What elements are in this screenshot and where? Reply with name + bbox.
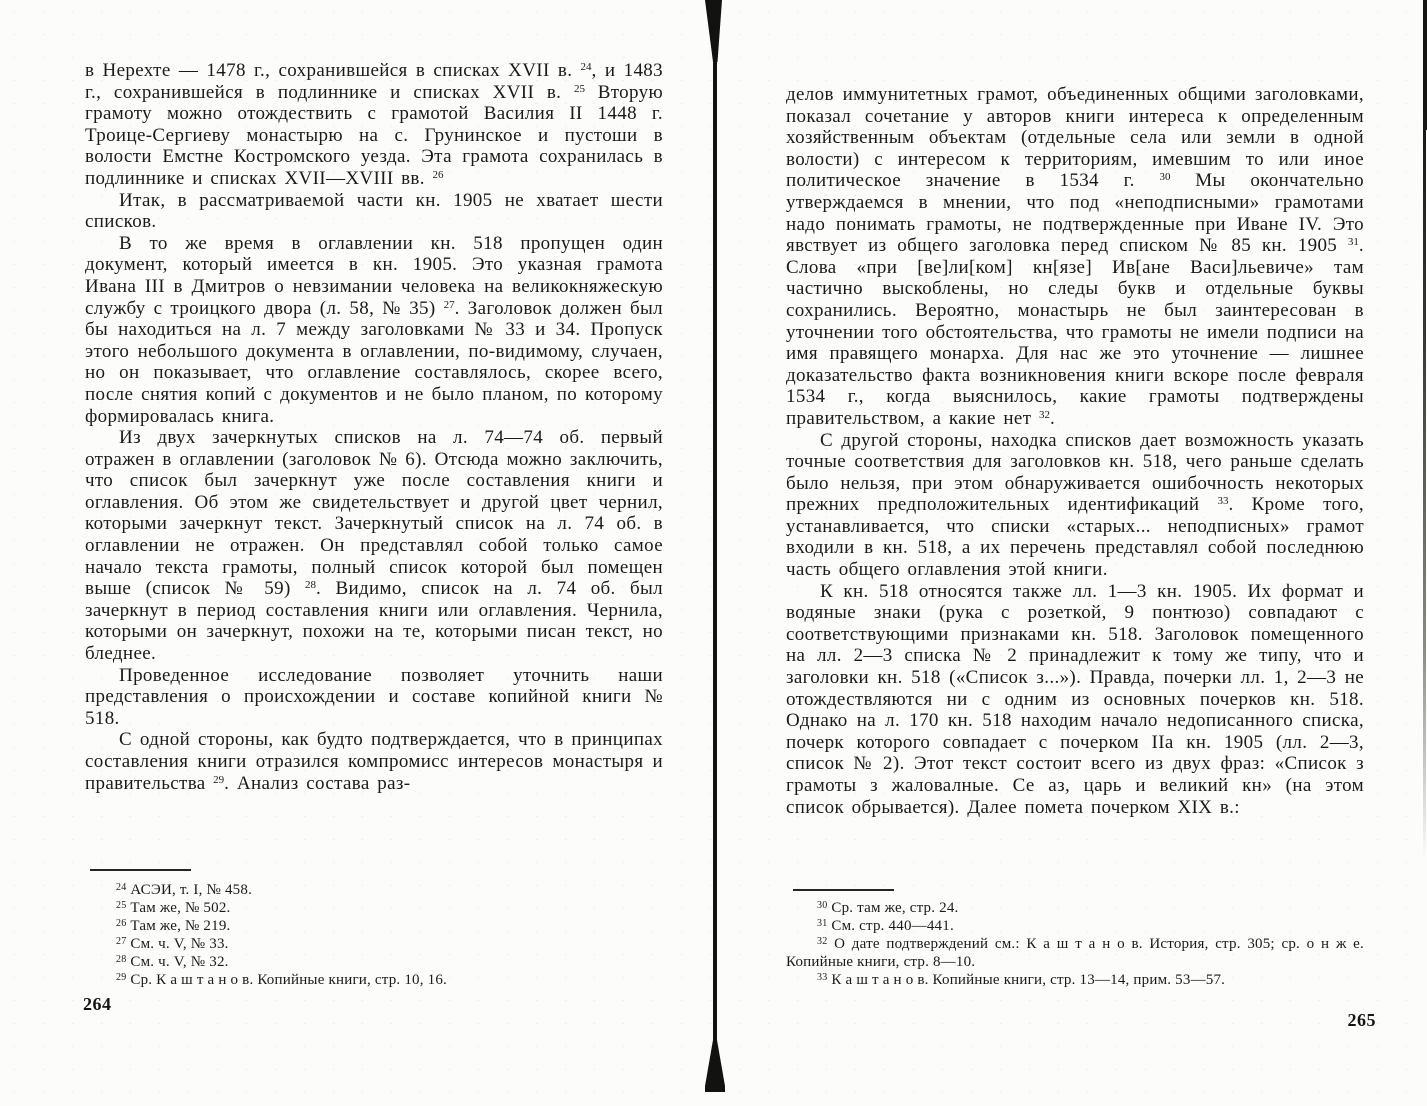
paragraph: Итак, в рассматриваемой части кн. 1905 н… xyxy=(85,190,663,233)
footnote-text: См. ч. V, № 32. xyxy=(130,954,228,970)
paragraph: в Нерехте — 1478 г., сохранившейся в спи… xyxy=(85,60,663,190)
footnote-number: 31 xyxy=(817,918,827,929)
footnote-text: Ср. там же, стр. 24. xyxy=(831,900,958,916)
footnote-text: См. ч. V, № 33. xyxy=(130,936,228,952)
footnote-text: О дате подтверждений см.: К а ш т а н о … xyxy=(786,936,1364,970)
footnote-separator-right xyxy=(793,889,894,891)
footnote-text: Там же, № 502. xyxy=(130,900,230,916)
footnote-number: 25 xyxy=(116,900,126,911)
binding-gutter-shadow xyxy=(698,0,734,1106)
footnote-text: АСЭИ, т. I, № 458. xyxy=(130,882,252,898)
footnote-text: См. стр. 440—441. xyxy=(831,918,954,934)
footnote: 28 См. ч. V, № 32. xyxy=(85,953,663,971)
footnote: 26 Там же, № 219. xyxy=(85,917,663,935)
scan-page-edge-fade xyxy=(1423,0,1426,860)
footnote-number: 32 xyxy=(817,936,827,947)
footnotes-right: 30 Ср. там же, стр. 24. 31 См. стр. 440—… xyxy=(786,899,1364,989)
footnote: 33 К а ш т а н о в. Копийные книги, стр.… xyxy=(786,971,1364,989)
footnote-number: 28 xyxy=(116,954,126,965)
footnote-separator-left xyxy=(90,869,191,871)
paragraph: К кн. 518 относятся также лл. 1—3 кн. 19… xyxy=(786,581,1364,819)
page-left-body: в Нерехте — 1478 г., сохранившейся в спи… xyxy=(85,60,663,794)
page-number-left: 264 xyxy=(83,994,112,1015)
footnote: 30 Ср. там же, стр. 24. xyxy=(786,899,1364,917)
paragraph: С другой стороны, находка списков дает в… xyxy=(786,430,1364,581)
footnote: 27 См. ч. V, № 33. xyxy=(85,935,663,953)
paragraph: С одной стороны, как будто подтверждаетс… xyxy=(85,729,663,794)
paragraph: Проведенное исследование позволяет уточн… xyxy=(85,665,663,730)
page-number-right: 265 xyxy=(1334,1010,1376,1031)
footnote: 29 Ср. К а ш т а н о в. Копийные книги, … xyxy=(85,971,663,989)
footnote: 31 См. стр. 440—441. xyxy=(786,917,1364,935)
footnote-number: 30 xyxy=(817,900,827,911)
footnote-number: 26 xyxy=(116,918,126,929)
footnote-number: 24 xyxy=(116,882,126,893)
footnote-number: 33 xyxy=(817,972,827,983)
footnote-text: К а ш т а н о в. Копийные книги, стр. 13… xyxy=(831,972,1225,988)
footnote: 25 Там же, № 502. xyxy=(85,899,663,917)
paragraph: В то же время в оглавлении кн. 518 пропу… xyxy=(85,233,663,427)
footnote-number: 29 xyxy=(116,972,126,983)
footnote-text: Там же, № 219. xyxy=(130,918,230,934)
book-spread: в Нерехте — 1478 г., сохранившейся в спи… xyxy=(0,0,1427,1106)
footnote: 32 О дате подтверждений см.: К а ш т а н… xyxy=(786,935,1364,971)
paragraph: делов иммунитетных грамот, объединенных … xyxy=(786,84,1364,430)
page-right-body: делов иммунитетных грамот, объединенных … xyxy=(786,84,1364,818)
footnotes-left: 24 АСЭИ, т. I, № 458. 25 Там же, № 502. … xyxy=(85,881,663,989)
footnote-text: Ср. К а ш т а н о в. Копийные книги, стр… xyxy=(130,972,447,988)
footnote-number: 27 xyxy=(116,936,126,947)
paragraph: Из двух зачеркнутых списков на л. 74—74 … xyxy=(85,427,663,665)
footnote: 24 АСЭИ, т. I, № 458. xyxy=(85,881,663,899)
